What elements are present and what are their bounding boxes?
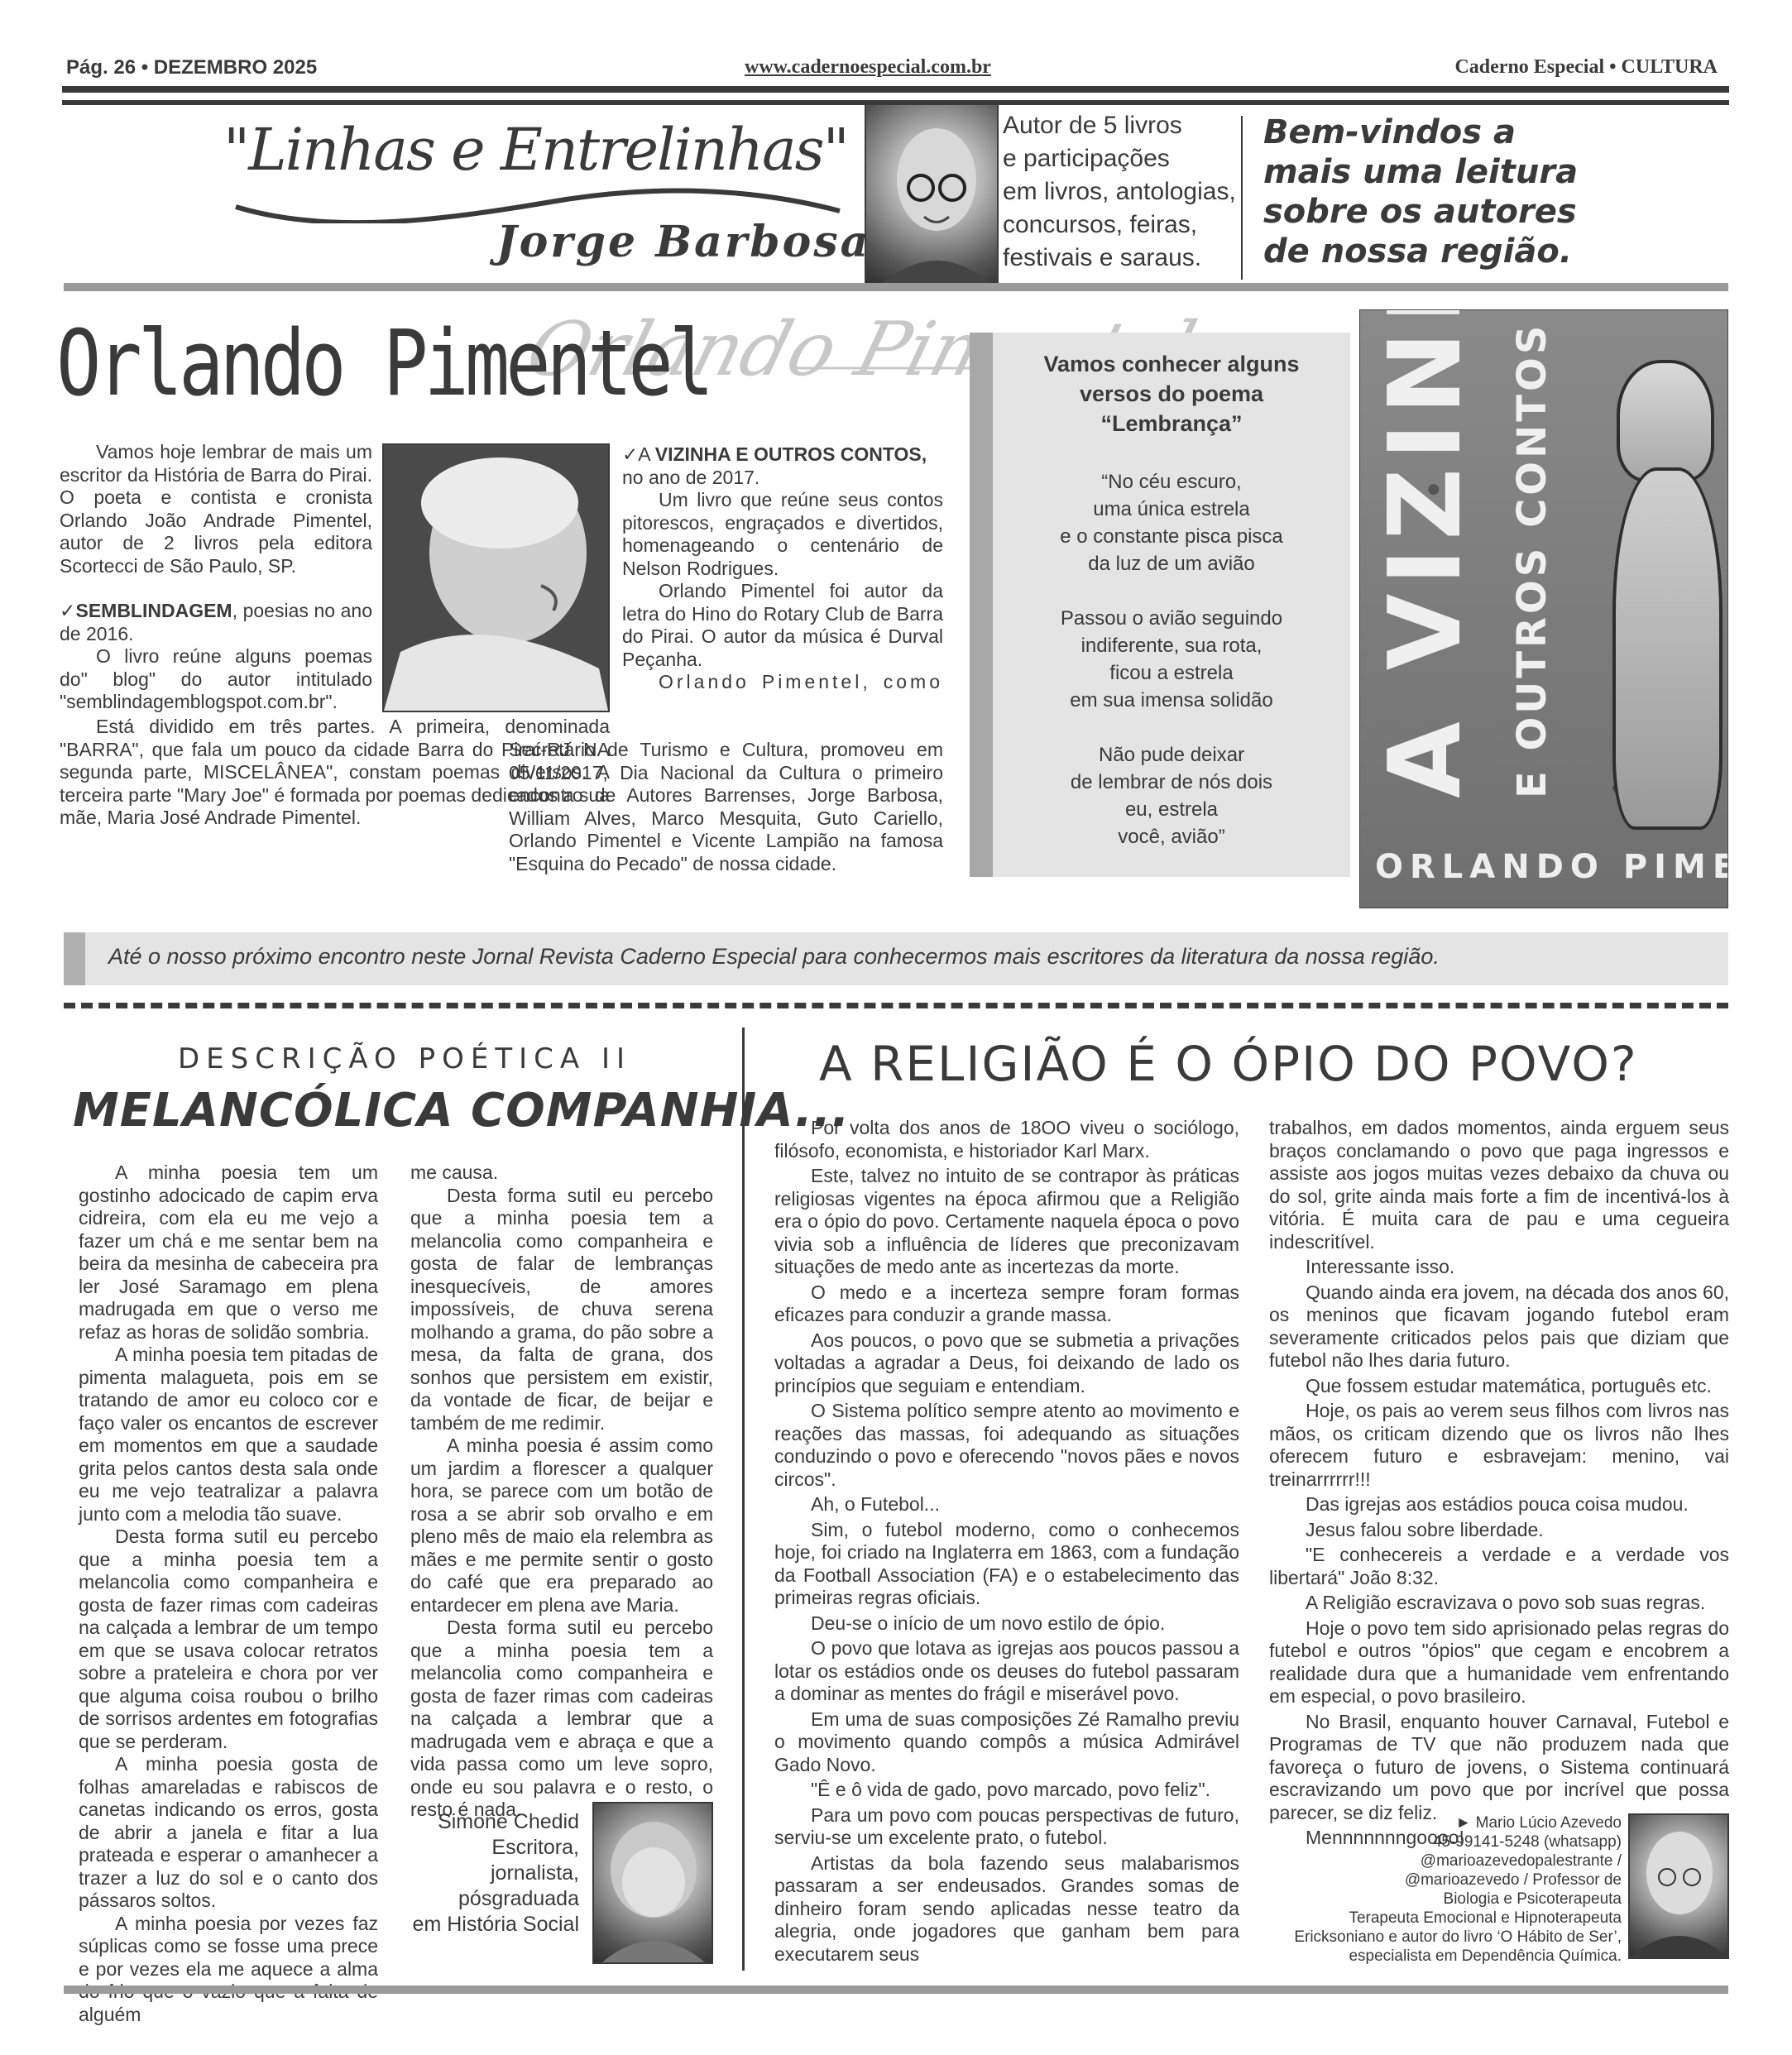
simone-photo — [592, 1802, 713, 1964]
banner-divider — [1241, 116, 1243, 280]
religion-title: A RELIGIÃO É O ÓPIO DO POVO? — [819, 1036, 1638, 1092]
columnist-bio: Autor de 5 livros e participações em liv… — [1003, 109, 1236, 275]
columnist-name: Jorge Barbosa — [496, 217, 870, 267]
check-icon: ✓ — [622, 443, 638, 465]
orlando-photo — [382, 443, 610, 712]
book-cover-author: ORLANDO PIMENTEL — [1375, 848, 1728, 886]
section-vertical-rule — [742, 1027, 745, 1971]
check-icon: ✓ — [60, 600, 75, 621]
poem-verses: “No céu escuro, uma única estrela e o co… — [993, 468, 1350, 850]
poetry-kicker: DESCRIÇÃO POÉTICA II — [178, 1042, 631, 1075]
columnist-photo — [865, 103, 999, 285]
stanza: Passou o avião seguindo indiferente, sua… — [993, 605, 1350, 714]
portrait-icon — [594, 1804, 712, 1962]
feature-col1-top: Vamos hoje lembrar de mais um escritor d… — [60, 441, 372, 714]
banner-bottom-rule — [64, 283, 1728, 291]
figure-body-icon — [1612, 467, 1723, 830]
poetry-col2: me causa. Desta forma sutil eu percebo q… — [410, 1162, 713, 1822]
book1-entry: ✓SEMBLINDAGEM, poesias no ano de 2016. — [60, 600, 372, 645]
feature-title: Orlando Pimentel — [56, 310, 710, 416]
signature-line-icon — [794, 364, 976, 372]
portrait-icon — [1630, 1815, 1727, 1957]
poetry-col1: A minha poesia tem um gostinho adocicado… — [79, 1162, 378, 2026]
page-number-date: Pág. 26 • DEZEMBRO 2025 — [66, 56, 317, 79]
stanza: “No céu escuro, uma única estrela e o co… — [993, 468, 1350, 577]
portrait-icon — [384, 445, 608, 711]
religion-col2: trabalhos, em dados momentos, ainda ergu… — [1269, 1117, 1729, 1850]
book-cover-image: A VIZINHA E OUTROS CONTOS ORLANDO PIMENT… — [1359, 309, 1728, 908]
mario-photo — [1628, 1813, 1729, 1959]
website-link[interactable]: www.cadernoespecial.com.br — [745, 56, 991, 79]
title-swash-icon — [232, 174, 844, 223]
page-bottom-rule — [64, 1986, 1728, 1994]
figure-head-icon — [1617, 360, 1714, 482]
welcome-message: Bem-vindos a mais uma leitura sobre os a… — [1263, 113, 1578, 271]
closing-note: Até o nosso próximo encontro neste Jorna… — [108, 944, 1440, 969]
book-cover-subtitle: E OUTROS CONTOS — [1509, 323, 1555, 798]
feature-col2-bottom: Secretário de Turismo e Cultura, promove… — [509, 739, 943, 875]
closing-note-box: Até o nosso próximo encontro neste Jorna… — [64, 932, 1728, 985]
poetry-title: MELANCÓLICA COMPANHIA... — [73, 1084, 850, 1138]
book2-entry: ✓A VIZINHA E OUTROS CONTOS, — [622, 443, 943, 467]
header-rule — [62, 86, 1729, 93]
religion-author-credit: ► Mario Lúcio Azevedo 45-99141-5248 (wha… — [1291, 1813, 1622, 1966]
poem-box: Vamos conhecer alguns versos do poema “L… — [970, 333, 1350, 877]
book-cover-title: A VIZINHA — [1368, 309, 1483, 798]
section-label: Caderno Especial • CULTURA — [1454, 56, 1718, 79]
section-divider-dashed — [64, 1003, 1728, 1008]
stanza: Não pude deixar de lembrar de nós dois e… — [993, 741, 1350, 850]
feature-col2-top: ✓A VIZINHA E OUTROS CONTOS, no ano de 20… — [622, 443, 943, 694]
poetry-author-credit: Simone Chedid Escritora, jornalista, pós… — [405, 1809, 579, 1938]
portrait-icon — [866, 105, 997, 284]
poem-box-heading: Vamos conhecer alguns versos do poema “L… — [993, 349, 1350, 438]
religion-col1: Por volta dos anos de 18OO viveu o soció… — [774, 1117, 1239, 1966]
